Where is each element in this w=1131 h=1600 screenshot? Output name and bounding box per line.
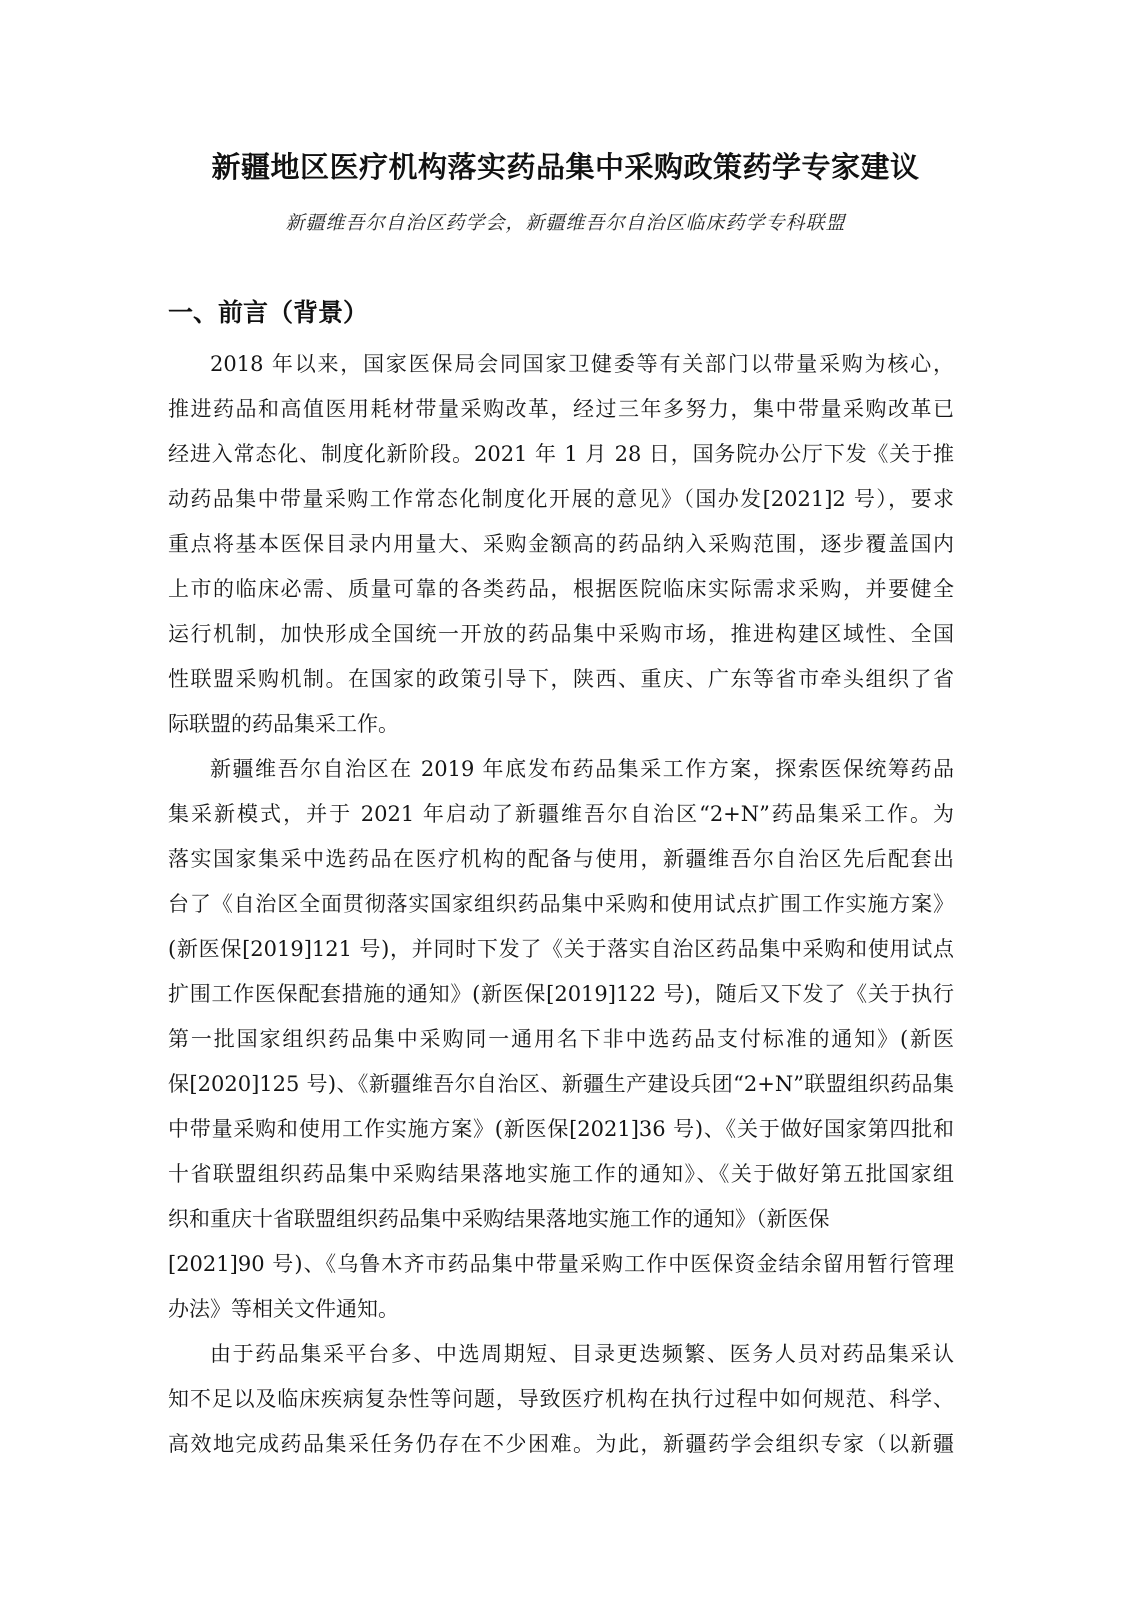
document-page: 新疆地区医疗机构落实药品集中采购政策药学专家建议 新疆维吾尔自治区药学会，新疆维… — [0, 0, 1131, 1600]
text-line: 经进入常态化、制度化新阶段。2021 年 1 月 28 日，国务院办公厅下发《关… — [168, 440, 954, 468]
section-heading-preface: 一、前言（背景） — [168, 293, 368, 329]
text-line: 际联盟的药品集采工作。 — [168, 710, 399, 738]
text-line: 知不足以及临床疾病复杂性等问题，导致医疗机构在执行过程中如何规范、科学、 — [168, 1385, 954, 1413]
text-line: 扩围工作医保配套措施的通知》(新医保[2019]122 号)，随后又下发了《关于… — [168, 980, 954, 1008]
text-line: 中带量采购和使用工作实施方案》(新医保[2021]36 号)、《关于做好国家第四… — [168, 1115, 954, 1143]
text-line: 运行机制，加快形成全国统一开放的药品集中采购市场，推进构建区域性、全国 — [168, 620, 954, 648]
text-line: 上市的临床必需、质量可靠的各类药品，根据医院临床实际需求采购，并要健全 — [168, 575, 954, 603]
text-line: 动药品集中带量采购工作常态化制度化开展的意见》（国办发[2021]2 号），要求 — [168, 485, 954, 513]
text-line: 织和重庆十省联盟组织药品集中采购结果落地实施工作的通知》（新医保 — [168, 1205, 830, 1233]
text-line: 新疆维吾尔自治区在 2019 年底发布药品集采工作方案，探索医保统筹药品 — [210, 755, 954, 783]
text-line: 性联盟采购机制。在国家的政策引导下，陕西、重庆、广东等省市牵头组织了省 — [168, 665, 954, 693]
text-line: [2021]90 号)、《乌鲁木齐市药品集中带量采购工作中医保资金结余留用暂行管… — [168, 1250, 954, 1278]
text-line: 集采新模式，并于 2021 年启动了新疆维吾尔自治区“2+N”药品集采工作。为 — [168, 800, 954, 828]
text-line: 办法》等相关文件通知。 — [168, 1295, 399, 1323]
text-line: 落实国家集采中选药品在医疗机构的配备与使用，新疆维吾尔自治区先后配套出 — [168, 845, 954, 873]
text-line: 台了《自治区全面贯彻落实国家组织药品集中采购和使用试点扩围工作实施方案》 — [168, 890, 954, 918]
document-title: 新疆地区医疗机构落实药品集中采购政策药学专家建议 — [0, 145, 1131, 186]
text-line: 十省联盟组织药品集中采购结果落地实施工作的通知》、《关于做好第五批国家组 — [168, 1160, 954, 1188]
text-line: 由于药品集采平台多、中选周期短、目录更迭频繁、医务人员对药品集采认 — [210, 1340, 954, 1368]
text-line: 推进药品和高值医用耗材带量采购改革，经过三年多努力，集中带量采购改革已 — [168, 395, 954, 423]
text-line: 保[2020]125 号)、《新疆维吾尔自治区、新疆生产建设兵团“2+N”联盟组… — [168, 1070, 954, 1098]
text-line: 重点将基本医保目录内用量大、采购金额高的药品纳入采购范围，逐步覆盖国内 — [168, 530, 954, 558]
text-line: 第一批国家组织药品集中采购同一通用名下非中选药品支付标准的通知》(新医 — [168, 1025, 954, 1053]
document-authors: 新疆维吾尔自治区药学会，新疆维吾尔自治区临床药学专科联盟 — [0, 208, 1131, 235]
text-line: 高效地完成药品集采任务仍存在不少困难。为此，新疆药学会组织专家（以新疆 — [168, 1430, 954, 1458]
text-line: (新医保[2019]121 号)，并同时下发了《关于落实自治区药品集中采购和使用… — [168, 935, 954, 963]
text-line: 2018 年以来，国家医保局会同国家卫健委等有关部门以带量采购为核心， — [210, 350, 954, 378]
